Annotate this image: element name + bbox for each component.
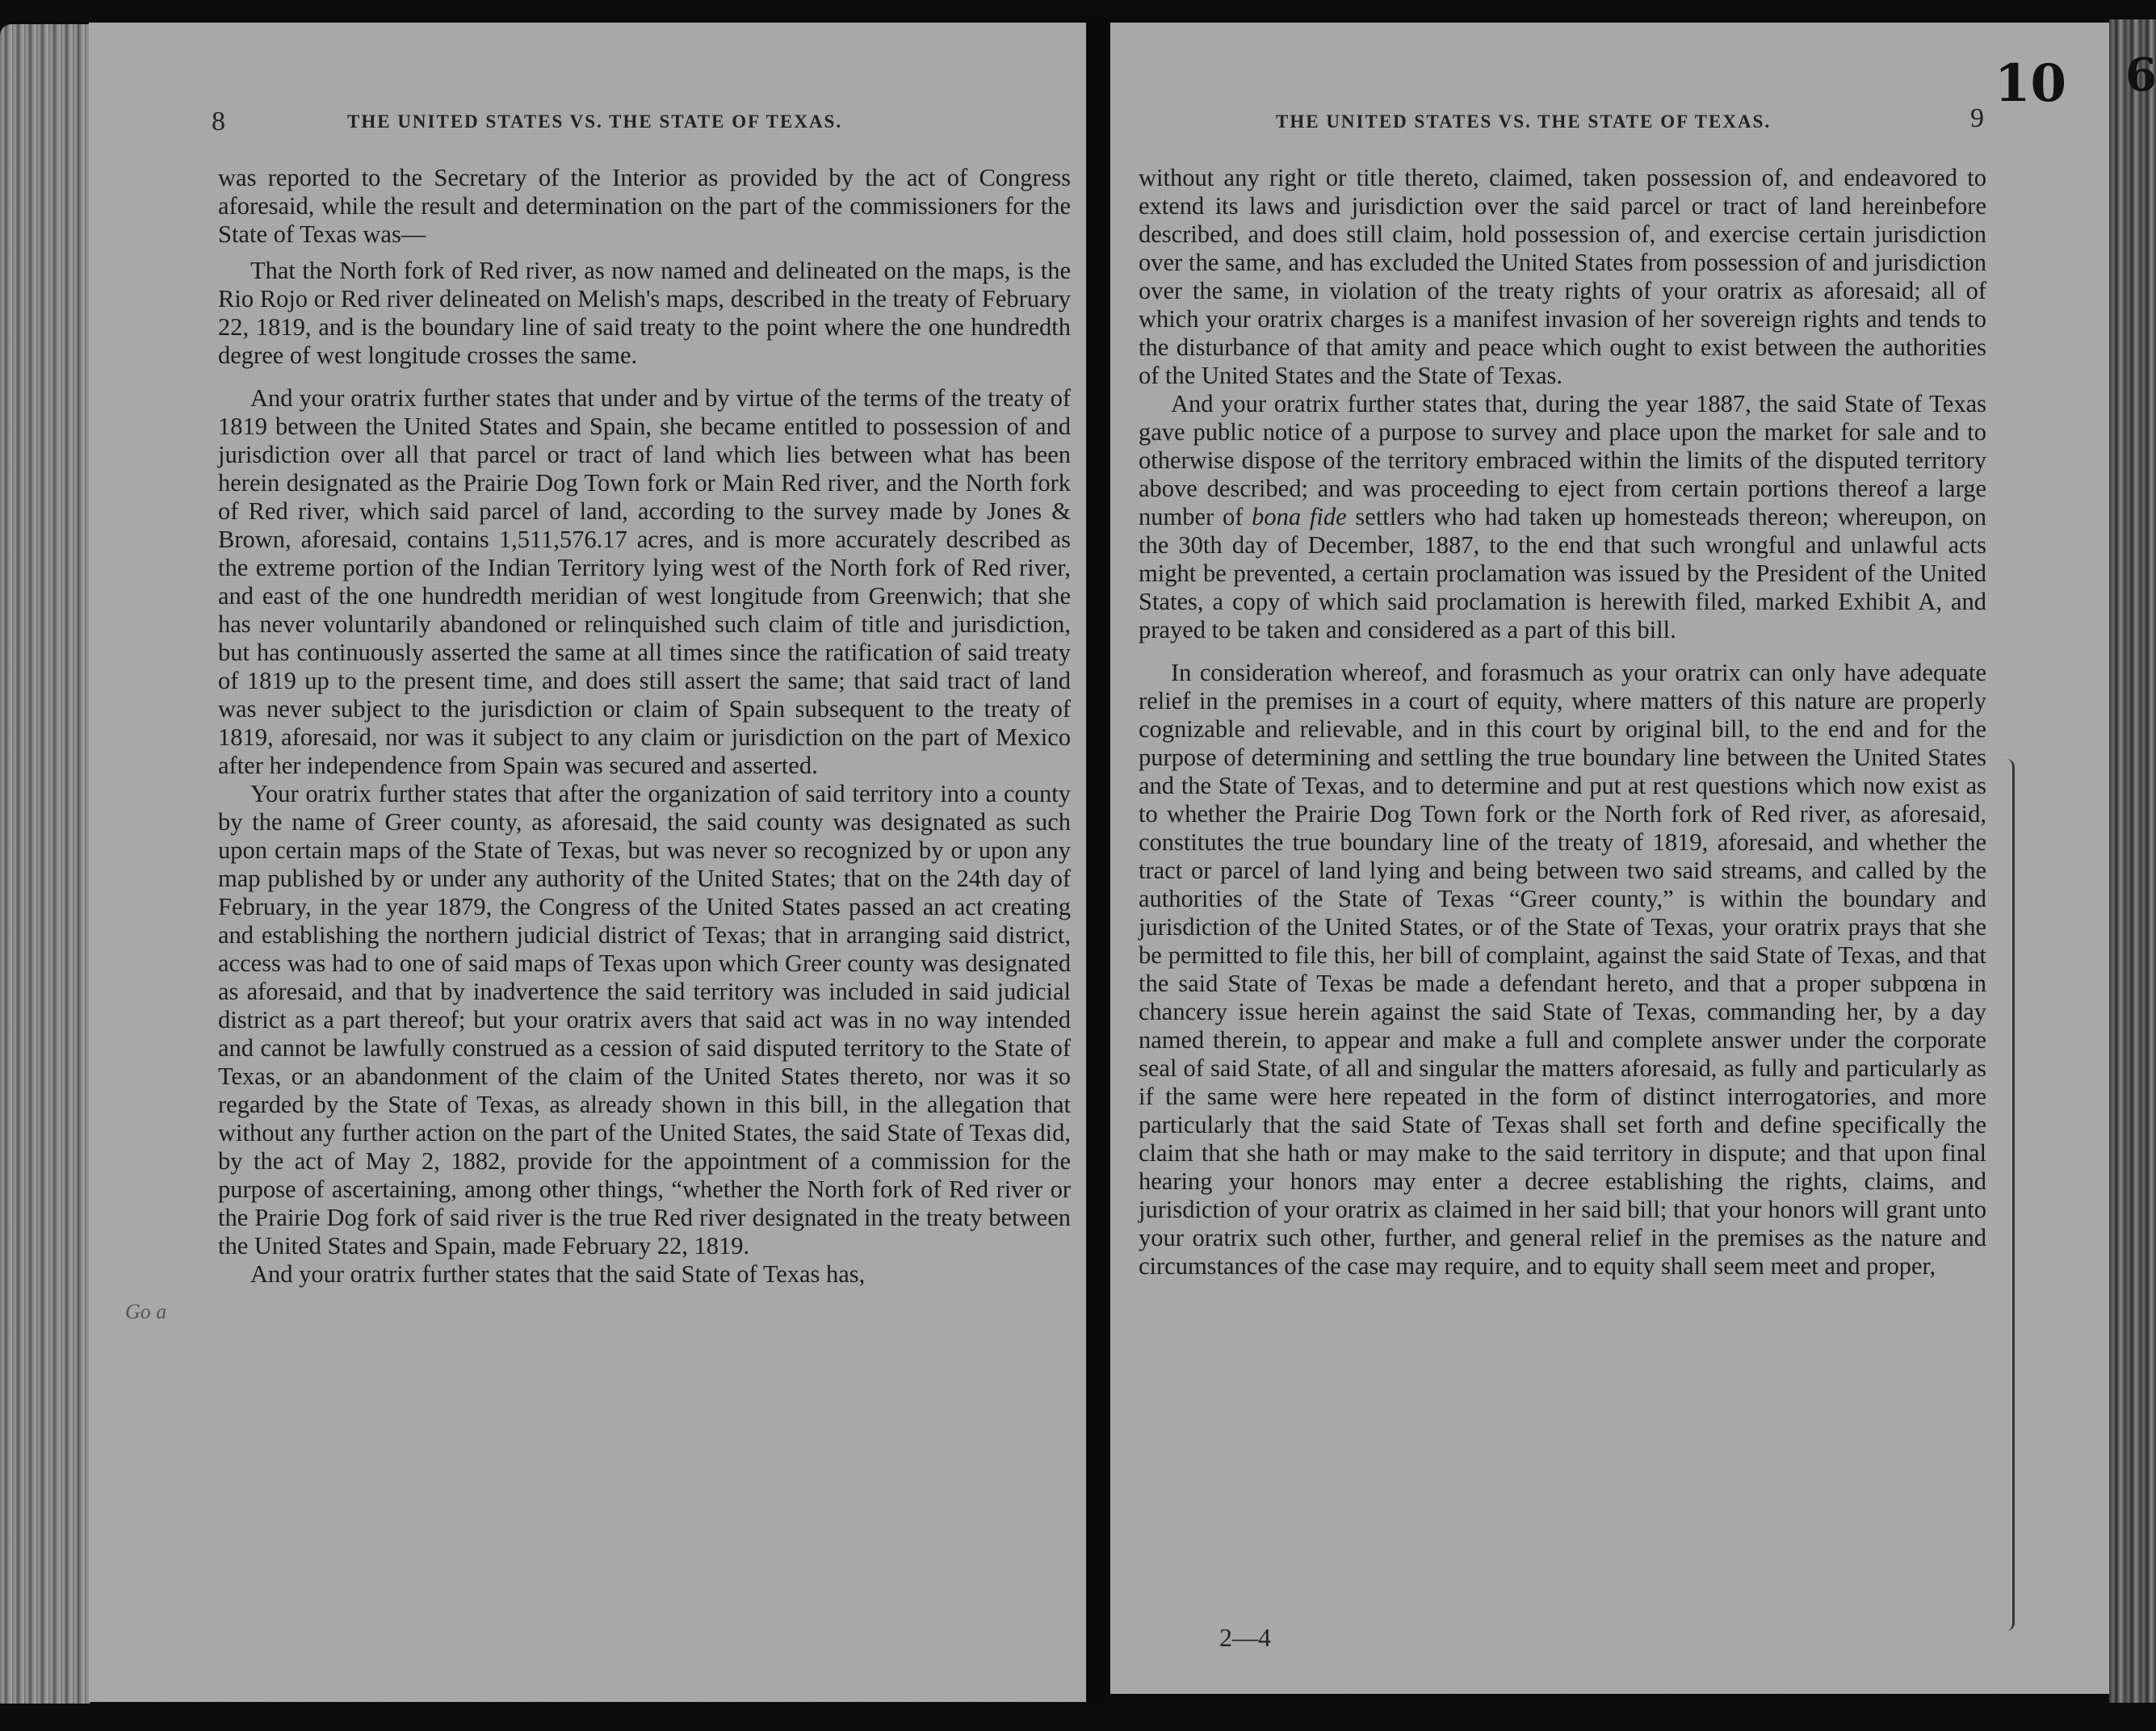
paragraph: was reported to the Secretary of the Int…	[218, 164, 1071, 249]
left-page-number: 8	[212, 107, 225, 137]
right-page-body: without any right or title thereto, clai…	[1139, 164, 1986, 1280]
paragraph: In consideration whereof, and forasmuch …	[1139, 659, 1986, 1280]
signature-mark: 2—4	[1219, 1623, 1271, 1653]
left-page-body: was reported to the Secretary of the Int…	[218, 164, 1071, 1289]
handwritten-margin-bracket	[2001, 759, 2015, 1631]
paragraph: And your oratrix further states that und…	[218, 384, 1071, 780]
paragraph: Your oratrix further states that after t…	[218, 780, 1071, 1260]
handwritten-margin-note: Go a	[125, 1300, 166, 1324]
paragraph: And your oratrix further states that the…	[218, 1260, 1071, 1289]
paragraph: That the North fork of Red river, as now…	[218, 257, 1071, 370]
italic-text-run: bona fide	[1252, 503, 1347, 530]
stamped-page-number: 10	[1995, 53, 2066, 114]
right-page-number: 9	[1970, 103, 1984, 134]
book-page-edges-right	[2109, 19, 2156, 1703]
book-page-edges-left	[0, 24, 90, 1704]
edge-page-number: 6	[2125, 48, 2156, 102]
left-running-head: THE UNITED STATES VS. THE STATE OF TEXAS…	[347, 111, 842, 132]
book-gutter	[1086, 16, 1110, 1712]
paragraph: And your oratrix further states that, du…	[1139, 390, 1986, 644]
paragraph: without any right or title thereto, clai…	[1139, 164, 1986, 390]
right-running-head: THE UNITED STATES VS. THE STATE OF TEXAS…	[1276, 111, 1771, 132]
